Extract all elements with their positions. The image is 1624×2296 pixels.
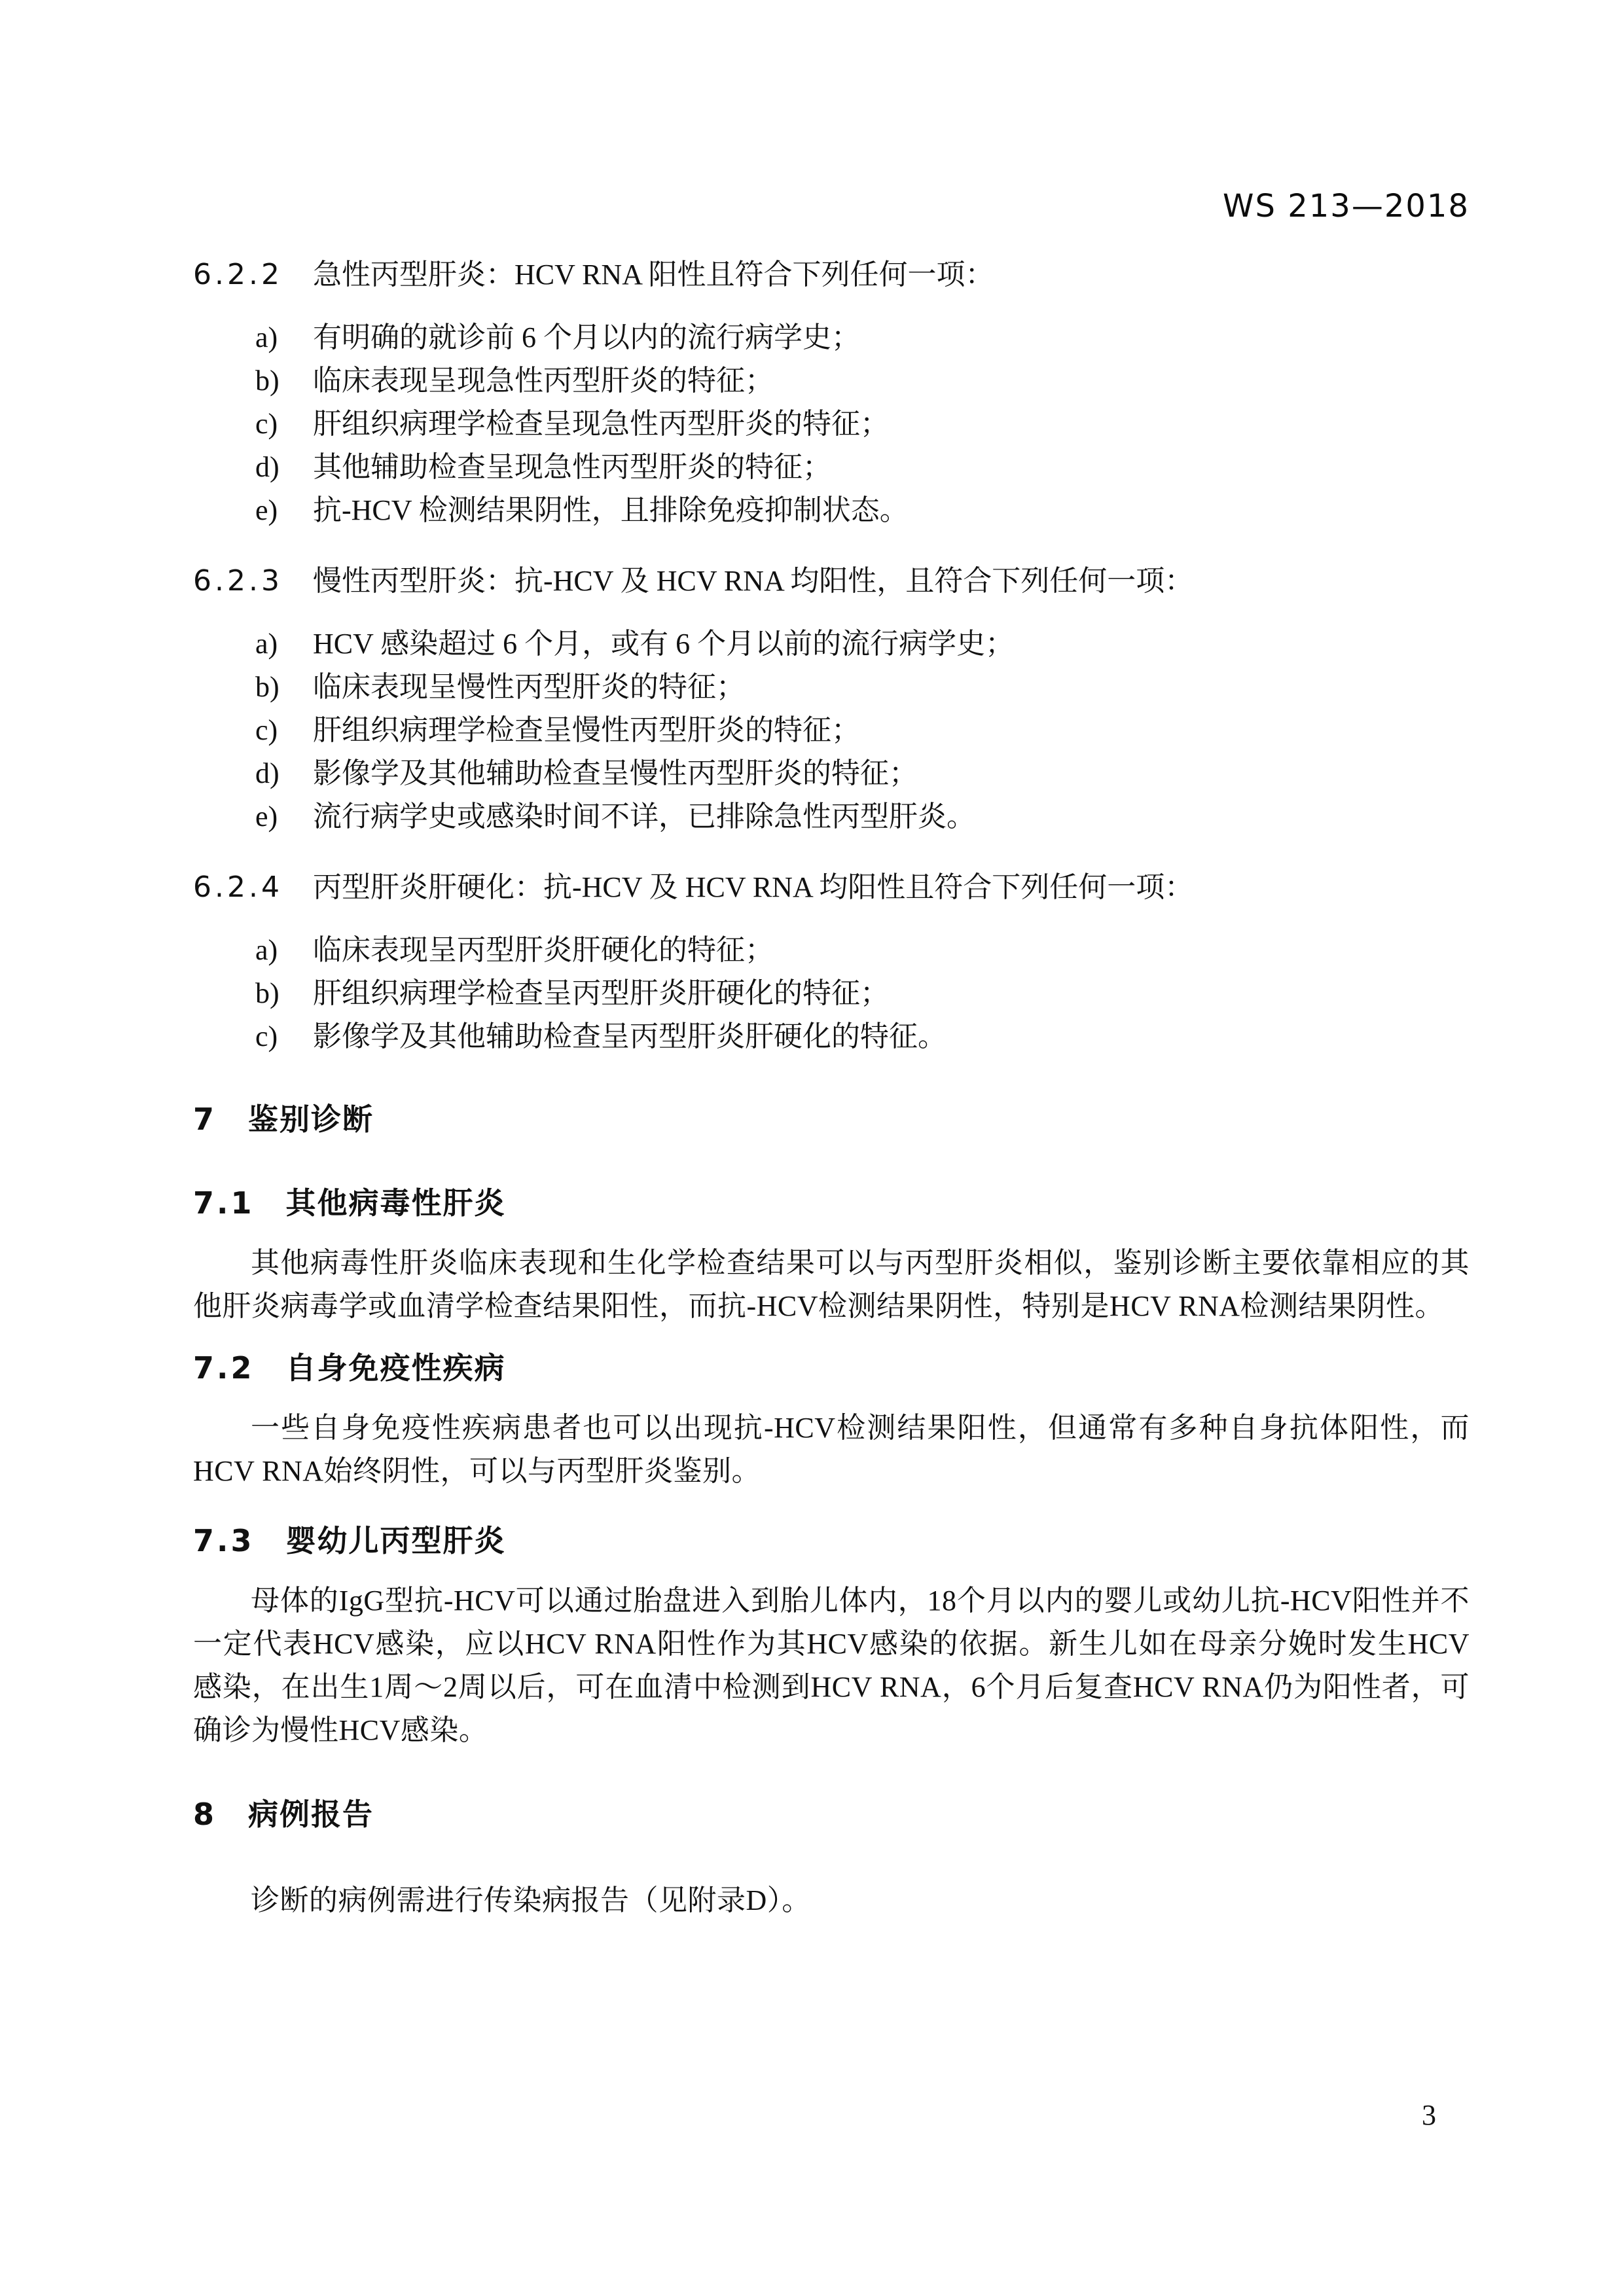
list-item-text: 临床表现呈丙型肝炎肝硬化的特征；: [313, 929, 1470, 972]
list-item: d) 影像学及其他辅助检查呈慢性丙型肝炎的特征；: [193, 752, 1470, 795]
list-item-label: d): [255, 446, 313, 489]
clause-text: 急性丙型肝炎：HCV RNA 阳性且符合下列任何一项：: [313, 259, 994, 291]
list-item: b) 临床表现呈慢性丙型肝炎的特征；: [193, 666, 1470, 709]
clause-6-2-2: 6.2.2急性丙型肝炎：HCV RNA 阳性且符合下列任何一项：: [193, 253, 1470, 296]
list-item: b) 临床表现呈现急性丙型肝炎的特征；: [193, 359, 1470, 403]
clause-number: 6.2.2: [193, 258, 283, 291]
page-content: WS 213—2018 6.2.2急性丙型肝炎：HCV RNA 阳性且符合下列任…: [193, 187, 1470, 1922]
section-title: 其他病毒性肝炎: [286, 1185, 506, 1221]
list-item-text: HCV 感染超过 6 个月，或有 6 个月以前的流行病学史；: [313, 622, 1470, 666]
list-item-label: a): [255, 929, 313, 972]
section-number: 7: [193, 1102, 217, 1137]
clause-number: 6.2.4: [193, 870, 283, 904]
list-item-label: e): [255, 489, 313, 532]
clause-6-2-4-list: a) 临床表现呈丙型肝炎肝硬化的特征； b) 肝组织病理学检查呈丙型肝炎肝硬化的…: [193, 929, 1470, 1058]
list-item-label: b): [255, 972, 313, 1015]
list-item-label: c): [255, 709, 313, 752]
list-item-text: 肝组织病理学检查呈慢性丙型肝炎的特征；: [313, 709, 1470, 752]
list-item: e) 抗-HCV 检测结果阴性，且排除免疫抑制状态。: [193, 489, 1470, 532]
clause-6-2-2-list: a) 有明确的就诊前 6 个月以内的流行病学史； b) 临床表现呈现急性丙型肝炎…: [193, 316, 1470, 532]
list-item-text: 其他辅助检查呈现急性丙型肝炎的特征；: [313, 446, 1470, 489]
list-item-text: 临床表现呈慢性丙型肝炎的特征；: [313, 666, 1470, 709]
list-item: d) 其他辅助检查呈现急性丙型肝炎的特征；: [193, 446, 1470, 489]
clause-6-2-3-list: a) HCV 感染超过 6 个月，或有 6 个月以前的流行病学史； b) 临床表…: [193, 622, 1470, 838]
list-item: c) 影像学及其他辅助检查呈丙型肝炎肝硬化的特征。: [193, 1015, 1470, 1058]
list-item-label: a): [255, 622, 313, 666]
list-item-text: 肝组织病理学检查呈丙型肝炎肝硬化的特征；: [313, 972, 1470, 1015]
list-item-label: a): [255, 316, 313, 359]
section-number: 7.3: [193, 1523, 255, 1558]
section-number: 7.2: [193, 1350, 255, 1386]
list-item-text: 抗-HCV 检测结果阴性，且排除免疫抑制状态。: [313, 489, 1470, 532]
clause-text: 丙型肝炎肝硬化：抗-HCV 及 HCV RNA 均阳性且符合下列任何一项：: [313, 871, 1193, 903]
section-title: 鉴别诊断: [248, 1102, 374, 1137]
section-heading-8: 8病例报告: [193, 1793, 1470, 1836]
paragraph-8: 诊断的病例需进行传染病报告（见附录D）。: [193, 1879, 1470, 1922]
doc-code-header: WS 213—2018: [193, 187, 1470, 226]
paragraph-7-2: 一些自身免疫性疾病患者也可以出现抗-HCV检测结果阳性，但通常有多种自身抗体阳性…: [193, 1407, 1470, 1493]
section-heading-7: 7鉴别诊断: [193, 1098, 1470, 1141]
list-item-text: 临床表现呈现急性丙型肝炎的特征；: [313, 359, 1470, 403]
paragraph-7-1: 其他病毒性肝炎临床表现和生化学检查结果可以与丙型肝炎相似，鉴别诊断主要依靠相应的…: [193, 1242, 1470, 1328]
list-item-label: d): [255, 752, 313, 795]
list-item-text: 流行病学史或感染时间不详，已排除急性丙型肝炎。: [313, 795, 1470, 838]
document-page: WS 213—2018 6.2.2急性丙型肝炎：HCV RNA 阳性且符合下列任…: [0, 0, 1624, 2296]
list-item-text: 影像学及其他辅助检查呈慢性丙型肝炎的特征；: [313, 752, 1470, 795]
list-item-label: b): [255, 666, 313, 709]
section-title: 婴幼儿丙型肝炎: [286, 1523, 506, 1558]
page-number: 3: [1422, 2098, 1436, 2132]
list-item: c) 肝组织病理学检查呈现急性丙型肝炎的特征；: [193, 403, 1470, 446]
list-item-text: 肝组织病理学检查呈现急性丙型肝炎的特征；: [313, 403, 1470, 446]
clause-number: 6.2.3: [193, 564, 283, 598]
list-item-label: e): [255, 795, 313, 838]
list-item: a) 有明确的就诊前 6 个月以内的流行病学史；: [193, 316, 1470, 359]
list-item-text: 有明确的就诊前 6 个月以内的流行病学史；: [313, 316, 1470, 359]
section-heading-7-1: 7.1其他病毒性肝炎: [193, 1181, 1470, 1225]
list-item: a) HCV 感染超过 6 个月，或有 6 个月以前的流行病学史；: [193, 622, 1470, 666]
section-number: 8: [193, 1797, 217, 1832]
list-item: a) 临床表现呈丙型肝炎肝硬化的特征；: [193, 929, 1470, 972]
list-item: b) 肝组织病理学检查呈丙型肝炎肝硬化的特征；: [193, 972, 1470, 1015]
clause-6-2-3: 6.2.3慢性丙型肝炎：抗-HCV 及 HCV RNA 均阳性，且符合下列任何一…: [193, 560, 1470, 603]
list-item-label: c): [255, 1015, 313, 1058]
list-item-label: b): [255, 359, 313, 403]
section-number: 7.1: [193, 1185, 255, 1221]
section-heading-7-2: 7.2自身免疫性疾病: [193, 1346, 1470, 1390]
list-item-label: c): [255, 403, 313, 446]
clause-text: 慢性丙型肝炎：抗-HCV 及 HCV RNA 均阳性，且符合下列任何一项：: [313, 565, 1193, 597]
section-title: 病例报告: [248, 1797, 374, 1832]
section-title: 自身免疫性疾病: [286, 1350, 506, 1386]
list-item-text: 影像学及其他辅助检查呈丙型肝炎肝硬化的特征。: [313, 1015, 1470, 1058]
section-heading-7-3: 7.3婴幼儿丙型肝炎: [193, 1519, 1470, 1562]
clause-6-2-4: 6.2.4丙型肝炎肝硬化：抗-HCV 及 HCV RNA 均阳性且符合下列任何一…: [193, 866, 1470, 909]
paragraph-7-3: 母体的IgG型抗-HCV可以通过胎盘进入到胎儿体内，18个月以内的婴儿或幼儿抗-…: [193, 1579, 1470, 1752]
list-item: c) 肝组织病理学检查呈慢性丙型肝炎的特征；: [193, 709, 1470, 752]
list-item: e) 流行病学史或感染时间不详，已排除急性丙型肝炎。: [193, 795, 1470, 838]
